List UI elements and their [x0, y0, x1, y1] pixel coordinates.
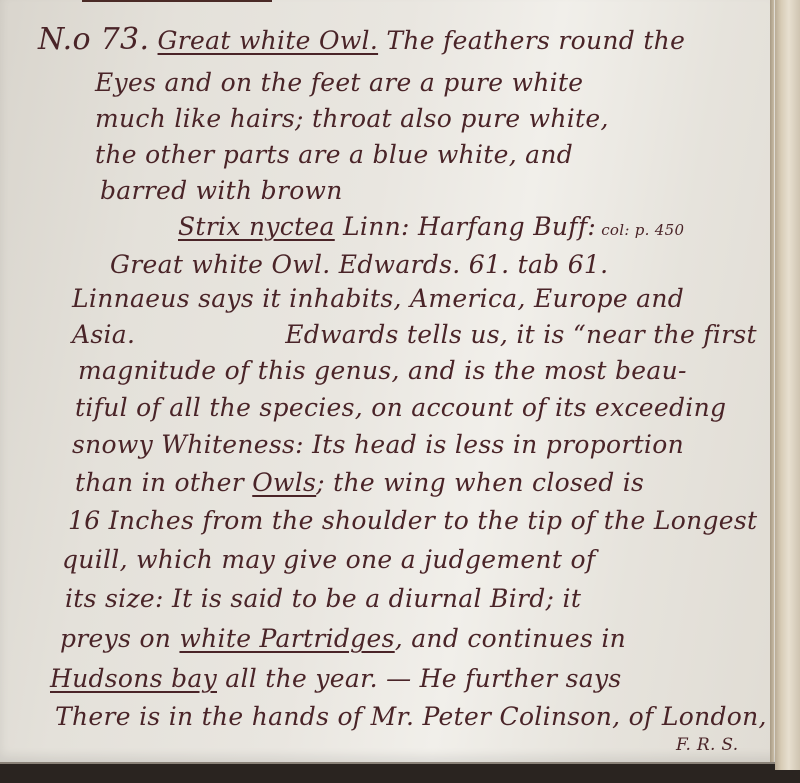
underlined-word: Owls [252, 468, 316, 497]
text-line: preys on white Partridges, and continues… [60, 624, 626, 653]
text-line: Hudsons bay all the year. — He further s… [50, 664, 622, 693]
text-segment: , and continues in [395, 624, 626, 653]
manuscript-page: N.o 73. Great white Owl. The feathers ro… [0, 0, 778, 764]
synonymy-text: Linn: Harfang Buff: [335, 212, 596, 241]
latin-name: Strix nyctea [178, 212, 335, 241]
text-segment: Edwards tells us, it is “near the first [285, 320, 757, 349]
text-segment: ; the wing when closed is [316, 468, 644, 497]
page-spine [770, 0, 774, 762]
text-line: Great white Owl. Edwards. 61. tab 61. [110, 250, 608, 279]
text-line: Linnaeus says it inhabits, America, Euro… [72, 284, 684, 313]
text-segment: preys on [60, 624, 179, 653]
text-line: magnitude of this genus, and is the most… [78, 356, 687, 385]
text-line: Asia.Edwards tells us, it is “near the f… [72, 320, 757, 349]
entry-title: Great white Owl. [158, 26, 379, 55]
text-line: snowy Whiteness: Its head is less in pro… [72, 430, 684, 459]
text-segment: all the year. — He further says [217, 664, 622, 693]
citation-note: col: p. 450 [596, 221, 684, 239]
signature-note: F. R. S. [676, 735, 738, 755]
text-line-struck: the other parts are a blue white, and [95, 140, 573, 169]
text-line: quill, which may give one a judgement of [62, 545, 595, 574]
page-edge [775, 0, 800, 770]
text-line: much like hairs; throat also pure white, [95, 104, 609, 133]
text-segment: Asia. [72, 320, 135, 349]
text-line: barred with brown [100, 176, 343, 205]
text-segment: than in other [75, 468, 252, 497]
text-line: the other parts are a blue white, and [95, 140, 573, 169]
previous-entry-underline [82, 0, 272, 2]
text-line: than in other Owls; the wing when closed… [75, 468, 644, 497]
entry-heading-line: N.o 73. Great white Owl. The feathers ro… [38, 22, 685, 57]
entry-number: N.o 73. [38, 22, 149, 57]
underlined-place: Hudsons bay [50, 664, 217, 693]
text-line: Eyes and on the feet are a pure white [95, 68, 583, 97]
text-line: The feathers round the [386, 26, 685, 55]
underlined-phrase: white Partridges [179, 624, 394, 653]
text-line: 16 Inches from the shoulder to the tip o… [68, 506, 757, 535]
synonymy-line: Strix nyctea Linn: Harfang Buff: col: p.… [178, 212, 684, 241]
text-line: tiful of all the species, on account of … [75, 393, 726, 422]
text-line: its size: It is said to be a diurnal Bir… [65, 584, 581, 613]
text-line: There is in the hands of Mr. Peter Colin… [55, 702, 767, 731]
